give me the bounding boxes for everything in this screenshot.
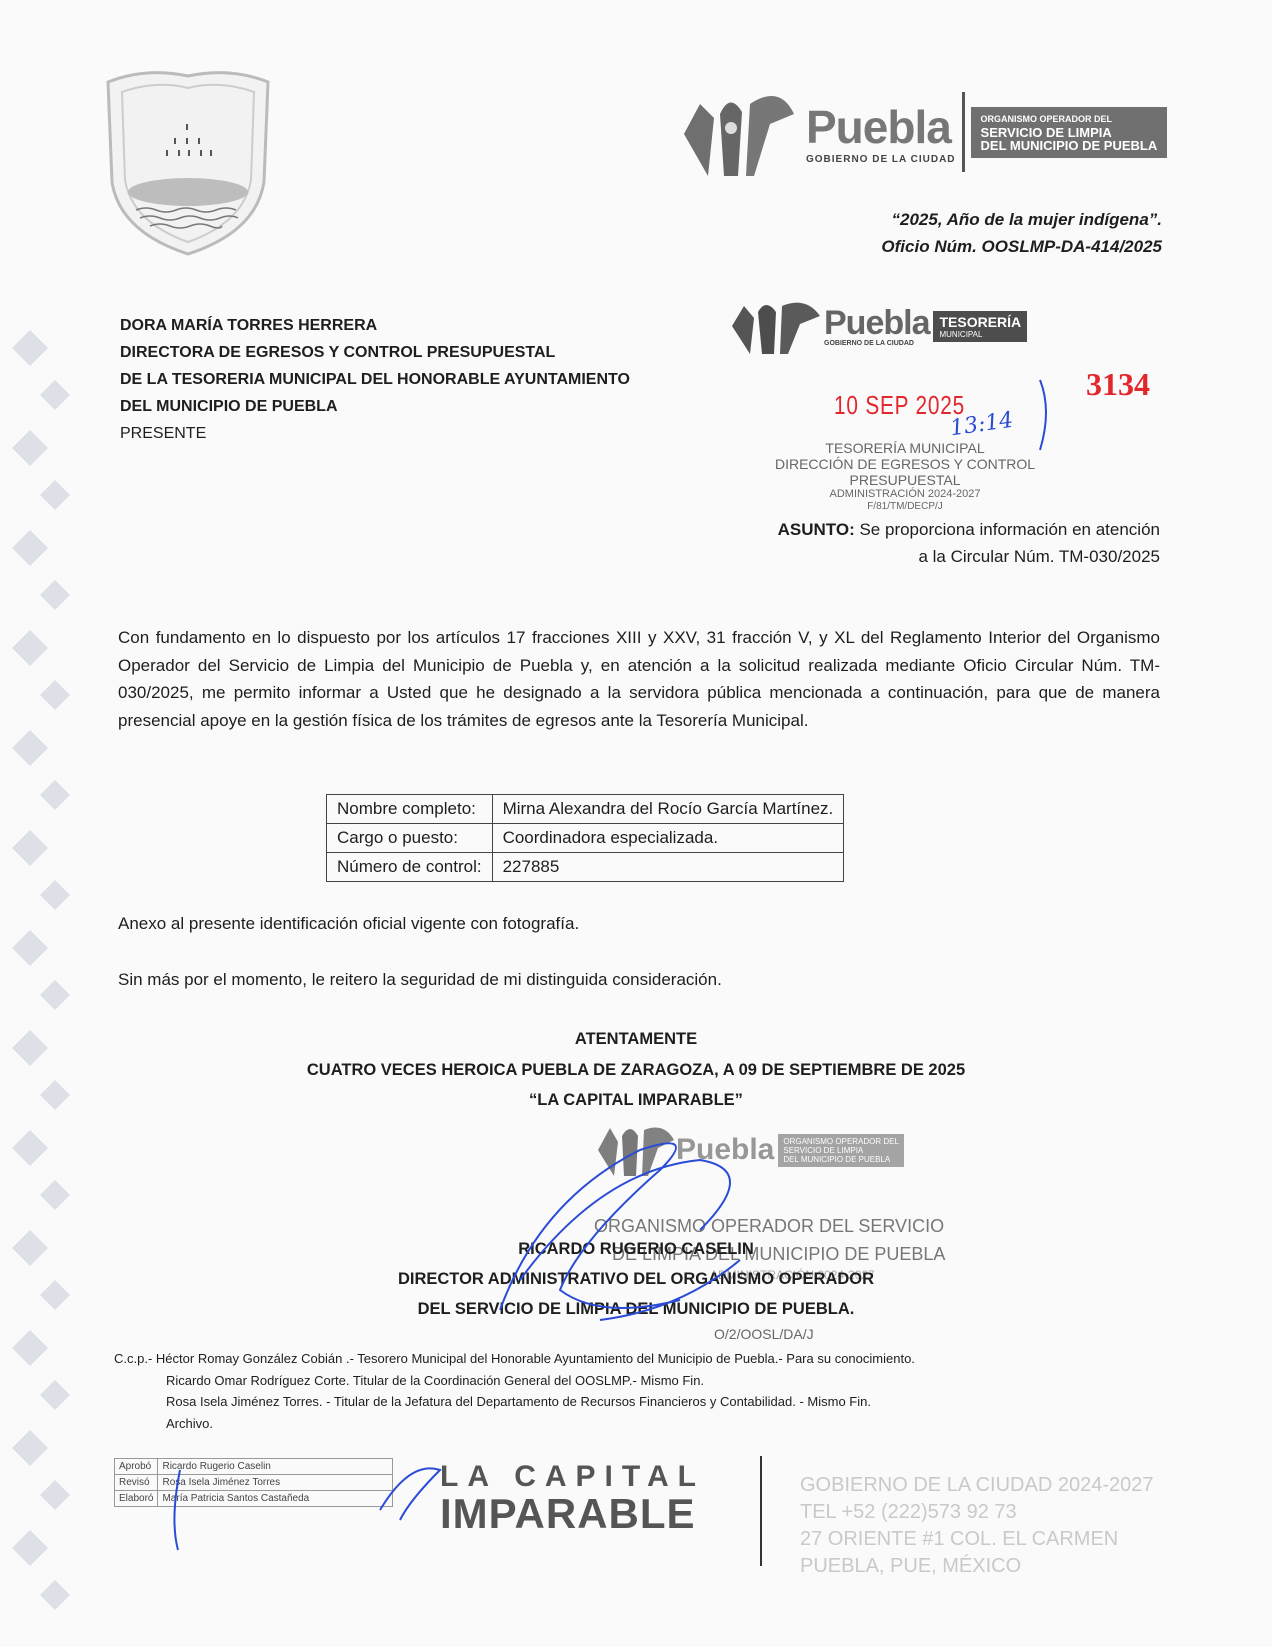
signer-name: RICARDO RUGERIO CASELIN [0, 1240, 1272, 1259]
tesoreria-box: TESORERÍA MUNICIPAL [933, 311, 1027, 342]
body-paragraph: Con fundamento en lo dispuesto por los a… [118, 624, 1160, 734]
table-row: AprobóRicardo Rugerio Caselin [115, 1459, 393, 1475]
signer-title-2: DEL SERVICIO DE LIMPIA DEL MUNICIPIO DE … [0, 1300, 1272, 1319]
asunto-label: ASUNTO: [778, 520, 855, 539]
stamp-line-1: ORGANISMO OPERADOR DEL SERVICIO [594, 1216, 944, 1237]
oficio-number: Oficio Núm. OOSLMP-DA-414/2025 [881, 233, 1162, 260]
designee-info-table: Nombre completo:Mirna Alexandra del Rocí… [326, 794, 844, 882]
annex-note: Anexo al presente identificación oficial… [118, 914, 579, 934]
puebla-oosl-logo: Puebla GOBIERNO DE LA CIUDAD ORGANISMO O… [680, 84, 1240, 180]
footer-contact: GOBIERNO DE LA CIUDAD 2024-2027 TEL +52 … [800, 1472, 1153, 1580]
signature-stamp-logo: Puebla ORGANISMO OPERADOR DELSERVICIO DE… [596, 1122, 904, 1178]
puebla-emblem-small-icon [730, 296, 824, 356]
recipient-title-2: DE LA TESORERIA MUNICIPAL DEL HONORABLE … [120, 371, 630, 388]
approval-initials-table: AprobóRicardo Rugerio Caselin RevisóRosa… [114, 1458, 393, 1507]
slogan: “LA CAPITAL IMPARABLE” [0, 1091, 1272, 1110]
table-row: Cargo o puesto:Coordinadora especializad… [327, 824, 844, 853]
puebla-emblem-icon [680, 84, 800, 180]
year-motto: “2025, Año de la mujer indígena”. [881, 206, 1162, 233]
puebla-emblem-stamp-icon [596, 1122, 676, 1178]
recipient-block: DORA MARÍA TORRES HERRERA DIRECTORA DE E… [120, 312, 630, 447]
asunto-line-1: Se proporciona información en atención [859, 520, 1160, 539]
logo-subtitle: GOBIERNO DE LA CIUDAD [806, 154, 956, 165]
oosl-label-box: ORGANISMO OPERADOR DEL SERVICIO DE LIMPI… [971, 107, 1168, 158]
folio-number: 3134 [1086, 366, 1150, 403]
presente-label: PRESENTE [120, 420, 630, 447]
table-row: Nombre completo:Mirna Alexandra del Rocí… [327, 795, 844, 824]
recipient-name: DORA MARÍA TORRES HERRERA [120, 317, 377, 334]
closing-line: Sin más por el momento, le reitero la se… [118, 970, 722, 990]
stamp-code: O/2/OOSL/DA/J [714, 1326, 814, 1342]
recipient-title-1: DIRECTORA DE EGRESOS Y CONTROL PRESUPUES… [120, 344, 555, 361]
ccp-prefix: C.c.p.- [114, 1351, 152, 1366]
signer-title-1: DIRECTOR ADMINISTRATIVO DEL ORGANISMO OP… [0, 1270, 1272, 1289]
asunto-line-2: a la Circular Núm. TM-030/2025 [778, 543, 1160, 570]
recipient-title-3: DEL MUNICIPIO DE PUEBLA [120, 398, 338, 415]
asunto-block: ASUNTO: Se proporciona información en at… [778, 516, 1160, 570]
coat-of-arms-shield-icon [96, 62, 280, 258]
decorative-pattern-strip [0, 320, 80, 1640]
ccp-block: C.c.p.- Héctor Romay González Cobián .- … [114, 1348, 915, 1434]
puebla-wordmark: Puebla [806, 100, 956, 154]
table-row: RevisóRosa Isela Jiménez Torres [115, 1475, 393, 1491]
header-motto-block: “2025, Año de la mujer indígena”. Oficio… [881, 206, 1162, 260]
received-date: 10 SEP 2025 [834, 390, 965, 421]
footer-divider [760, 1456, 762, 1566]
place-date: CUATRO VECES HEROICA PUEBLA DE ZARAGOZA,… [0, 1061, 1272, 1080]
atentamente: ATENTAMENTE [0, 1030, 1272, 1049]
stamp-wordmark: Puebla [824, 306, 929, 340]
stamp-text-lines: TESORERÍA MUNICIPAL DIRECCIÓN DE EGRESOS… [760, 440, 1050, 513]
tesoreria-received-stamp: Puebla GOBIERNO DE LA CIUDAD TESORERÍA M… [730, 296, 1070, 356]
la-capital-imparable-logo: LA CAPITAL IMPARABLE [440, 1460, 705, 1534]
table-row: Número de control:227885 [327, 853, 844, 882]
table-row: ElaboróMaría Patricia Santos Castañeda [115, 1491, 393, 1507]
logo-divider [962, 92, 965, 172]
